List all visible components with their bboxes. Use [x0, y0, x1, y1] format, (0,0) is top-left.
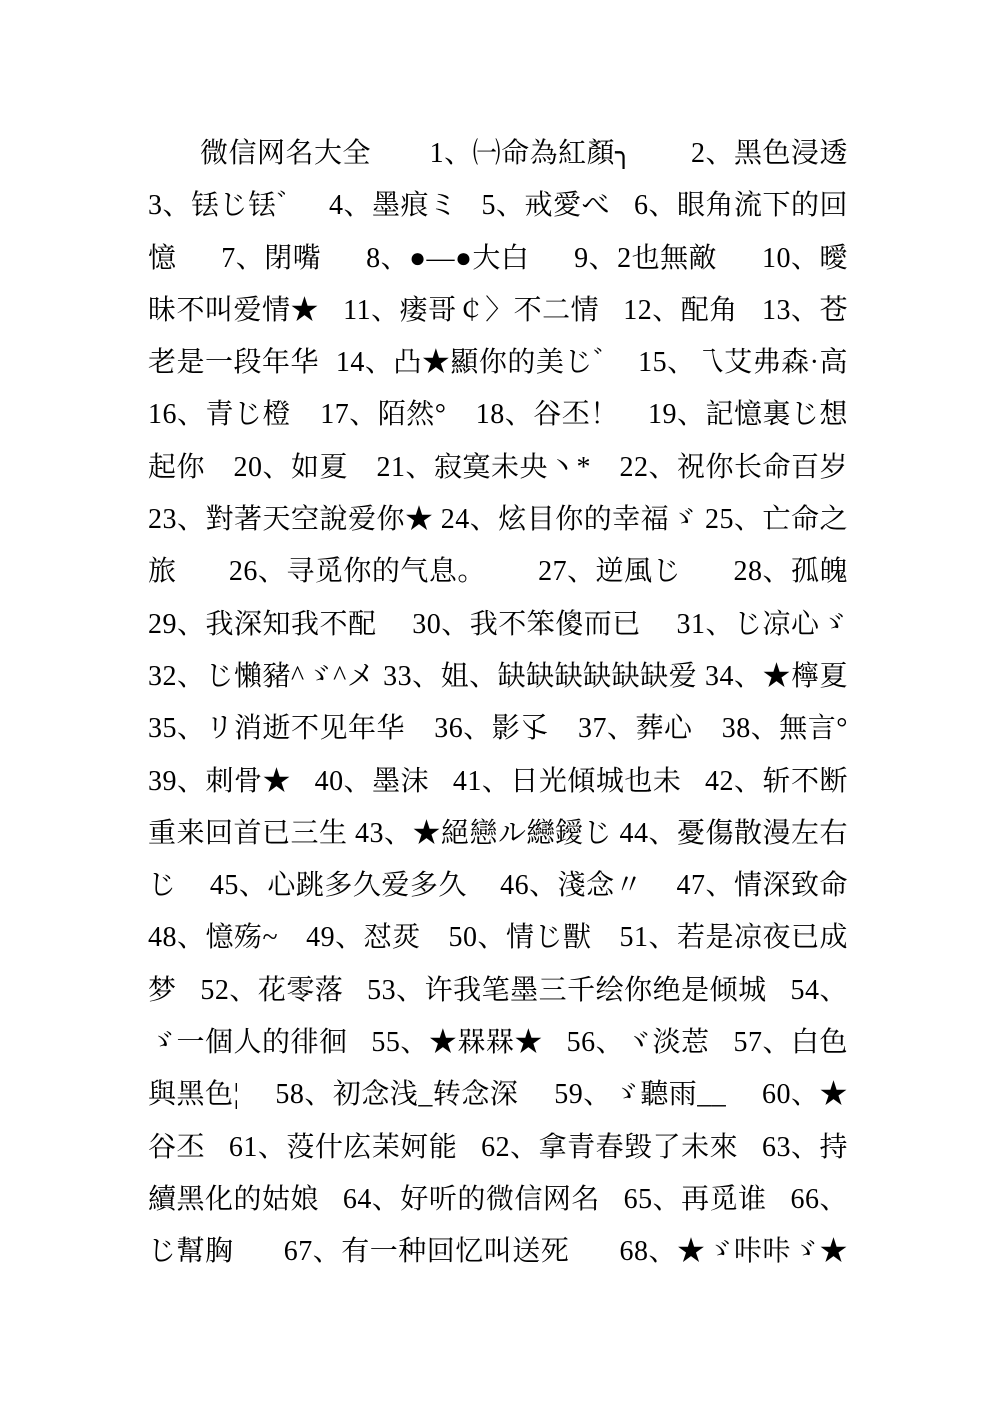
nickname-segment: 53、许我笔墨三千绘你绝是倾城 [367, 965, 767, 1017]
nickname-segment: 1、㈠命為紅顏╮ [430, 128, 633, 180]
nickname-segment: 64、好听的微信网名 [343, 1174, 600, 1226]
nickname-segment: 31、じ凉心ゞ [676, 599, 848, 651]
nickname-segment: 36、影孓 [434, 703, 549, 755]
text-line: 憶7、閉嘴8、●—●大白9、2也無敵10、曖 [148, 233, 848, 285]
nickname-segment: 28、孤魄 [733, 546, 848, 598]
nickname-segment: 32、じ懶豬^ゞ^メ [148, 651, 375, 703]
nickname-segment: 15、乁艾弗森·高 [638, 337, 848, 389]
nickname-segment: 19、記憶裏じ想 [648, 389, 848, 441]
text-line: 29、我深知我不配30、我不笨傻而已31、じ凉心ゞ [148, 599, 848, 651]
nickname-segment: 58、初念浅_转念深 [275, 1069, 518, 1121]
nickname-segment: 59、ゞ聽雨__ [554, 1069, 726, 1121]
nickname-segment: じ [148, 860, 177, 912]
nickname-segment: 30、我不笨傻而已 [412, 599, 641, 651]
nickname-segment: 重来回首已三生 [148, 808, 348, 860]
text-line: 老是一段年华14、凸★顯你的美じ゛15、乁艾弗森·高 [148, 337, 848, 389]
nickname-segment: 22、祝你长命百岁 [619, 442, 848, 494]
text-line: 谷丕61、莈什庅苿妸能62、拿青春毀了未來63、持 [148, 1122, 848, 1174]
nickname-segment: 與黑色¦ [148, 1069, 240, 1121]
nickname-segment: 62、拿青春毀了未來 [481, 1122, 738, 1174]
nickname-segment: 56、ヾ淡莣 [567, 1017, 710, 1069]
nickname-segment: 40、墨沫 [315, 756, 430, 808]
nickname-segment: 61、莈什庅苿妸能 [229, 1122, 458, 1174]
nickname-segment: 老是一段年华 [148, 337, 319, 389]
nickname-segment: 38、無言° [722, 703, 848, 755]
text-line: じ幫胸67、有一种回忆叫送死68、★ゞ咔咔ゞ★ [148, 1226, 848, 1278]
nickname-segment: 50、情じ獸 [449, 912, 592, 964]
text-line: ゞ一個人的徘徊55、★槑槑★56、ヾ淡莣57、白色 [148, 1017, 848, 1069]
nickname-segment: 60、★ [762, 1069, 848, 1121]
nickname-segment: 16、青じ橙 [148, 389, 291, 441]
nickname-segment: 14、凸★顯你的美じ゛ [336, 337, 622, 389]
nickname-segment: 微信网名大全 [200, 128, 371, 180]
nickname-segment: 20、如夏 [233, 442, 348, 494]
nickname-segment: 10、曖 [762, 233, 848, 285]
nickname-segment: 55、★槑槑★ [371, 1017, 543, 1069]
nickname-segment: 11、瘘哥￠〉不二情 [343, 285, 599, 337]
nickname-segment: 6、眼角流下的回 [634, 180, 848, 232]
nickname-segment: 17、陌然° [320, 389, 446, 441]
nickname-segment: 43、★絕戀ル纞鑀じ [355, 808, 612, 860]
text-line: 23、對著天空說爱你★24、炫目你的幸福ゞ25、亡命之 [148, 494, 848, 546]
nickname-segment: 65、再觅谁 [624, 1174, 767, 1226]
nickname-segment: 25、亡命之 [705, 494, 848, 546]
nickname-segment: 27、逆風じ [538, 546, 681, 598]
nickname-segment: 12、配角 [623, 285, 738, 337]
nickname-segment: 18、谷丕！ [476, 389, 619, 441]
nickname-segment: 45、心跳多久爱多久 [210, 860, 467, 912]
nickname-segment: 67、有一种回忆叫送死 [284, 1226, 570, 1278]
text-line: 3、铥じ铥゛4、墨痕ミ5、戒愛べ6、眼角流下的回 [148, 180, 848, 232]
nickname-segment: 49、怼烎 [306, 912, 421, 964]
nickname-segment: 37、葬心 [578, 703, 693, 755]
nickname-segment: 57、白色 [733, 1017, 848, 1069]
nickname-segment: 23、對著天空說爱你★ [148, 494, 434, 546]
document-page: 微信网名大全1、㈠命為紅顏╮2、黑色浸透3、铥じ铥゛4、墨痕ミ5、戒愛べ6、眼角… [0, 0, 993, 1404]
nickname-segment: ゞ一個人的徘徊 [148, 1017, 348, 1069]
nickname-segment: 起你 [148, 442, 205, 494]
nickname-segment: 2、黑色浸透 [691, 128, 848, 180]
document-body: 微信网名大全1、㈠命為紅顏╮2、黑色浸透3、铥じ铥゛4、墨痕ミ5、戒愛べ6、眼角… [148, 128, 848, 1279]
nickname-segment: 24、炫目你的幸福ゞ [441, 494, 698, 546]
text-line: 與黑色¦58、初念浅_转念深59、ゞ聽雨__60、★ [148, 1069, 848, 1121]
nickname-segment: 9、2也無敵 [574, 233, 717, 285]
nickname-segment: 昧不叫爱情★ [148, 285, 319, 337]
text-line: 昧不叫爱情★11、瘘哥￠〉不二情12、配角13、苍 [148, 285, 848, 337]
nickname-segment: 3、铥じ铥゛ [148, 180, 305, 232]
nickname-segment: 39、刺骨★ [148, 756, 291, 808]
nickname-segment: 66、 [790, 1174, 848, 1226]
nickname-segment: 33、姐、缺缺缺缺缺缺爱 [383, 651, 697, 703]
text-line: 續黑化的姑娘64、好听的微信网名65、再觅谁66、 [148, 1174, 848, 1226]
nickname-segment: 48、憶殇~ [148, 912, 278, 964]
nickname-segment: 51、若是凉夜已成 [619, 912, 848, 964]
nickname-segment: 63、持 [762, 1122, 848, 1174]
nickname-segment: 26、寻觅你的气息。 [229, 546, 486, 598]
nickname-segment: 梦 [148, 965, 177, 1017]
nickname-segment: 13、苍 [762, 285, 848, 337]
nickname-segment: 41、日光傾城也未 [453, 756, 682, 808]
nickname-segment: 42、斩不断 [705, 756, 848, 808]
nickname-segment: 46、淺念〃 [500, 860, 643, 912]
nickname-segment: じ幫胸 [148, 1226, 234, 1278]
nickname-segment: 44、憂傷散漫左右 [619, 808, 848, 860]
text-line: 微信网名大全1、㈠命為紅顏╮2、黑色浸透 [148, 128, 848, 180]
nickname-segment: 8、●—●大白 [366, 233, 529, 285]
text-line: じ45、心跳多久爱多久46、淺念〃47、情深致命 [148, 860, 848, 912]
nickname-segment: 旅 [148, 546, 177, 598]
nickname-segment: 34、★檸夏 [705, 651, 848, 703]
text-line: 起你20、如夏21、寂寞未央丶*22、祝你长命百岁 [148, 442, 848, 494]
text-line: 旅26、寻觅你的气息。27、逆風じ28、孤魄 [148, 546, 848, 598]
nickname-segment: 7、閉嘴 [221, 233, 321, 285]
text-line: 39、刺骨★40、墨沫41、日光傾城也未42、斩不断 [148, 756, 848, 808]
text-line: 重来回首已三生43、★絕戀ル纞鑀じ44、憂傷散漫左右 [148, 808, 848, 860]
text-line: 16、青じ橙17、陌然°18、谷丕！19、記憶裏じ想 [148, 389, 848, 441]
nickname-segment: 谷丕 [148, 1122, 205, 1174]
text-line: 梦52、花零落53、许我笔墨三千绘你绝是倾城54、 [148, 965, 848, 1017]
nickname-segment: 29、我深知我不配 [148, 599, 377, 651]
text-line: 32、じ懶豬^ゞ^メ33、姐、缺缺缺缺缺缺爱34、★檸夏 [148, 651, 848, 703]
nickname-segment: 47、情深致命 [676, 860, 848, 912]
text-line: 48、憶殇~49、怼烎50、情じ獸51、若是凉夜已成 [148, 912, 848, 964]
nickname-segment: 54、 [790, 965, 848, 1017]
nickname-segment: 4、墨痕ミ [329, 180, 458, 232]
nickname-segment: 68、★ゞ咔咔ゞ★ [619, 1226, 848, 1278]
nickname-segment: 35、リ消逝不见年华 [148, 703, 405, 755]
nickname-segment: 5、戒愛べ [481, 180, 610, 232]
text-line: 35、リ消逝不见年华36、影孓37、葬心38、無言° [148, 703, 848, 755]
nickname-segment: 21、寂寞未央丶* [376, 442, 591, 494]
nickname-segment: 續黑化的姑娘 [148, 1174, 319, 1226]
nickname-segment: 憶 [148, 233, 177, 285]
nickname-segment: 52、花零落 [200, 965, 343, 1017]
